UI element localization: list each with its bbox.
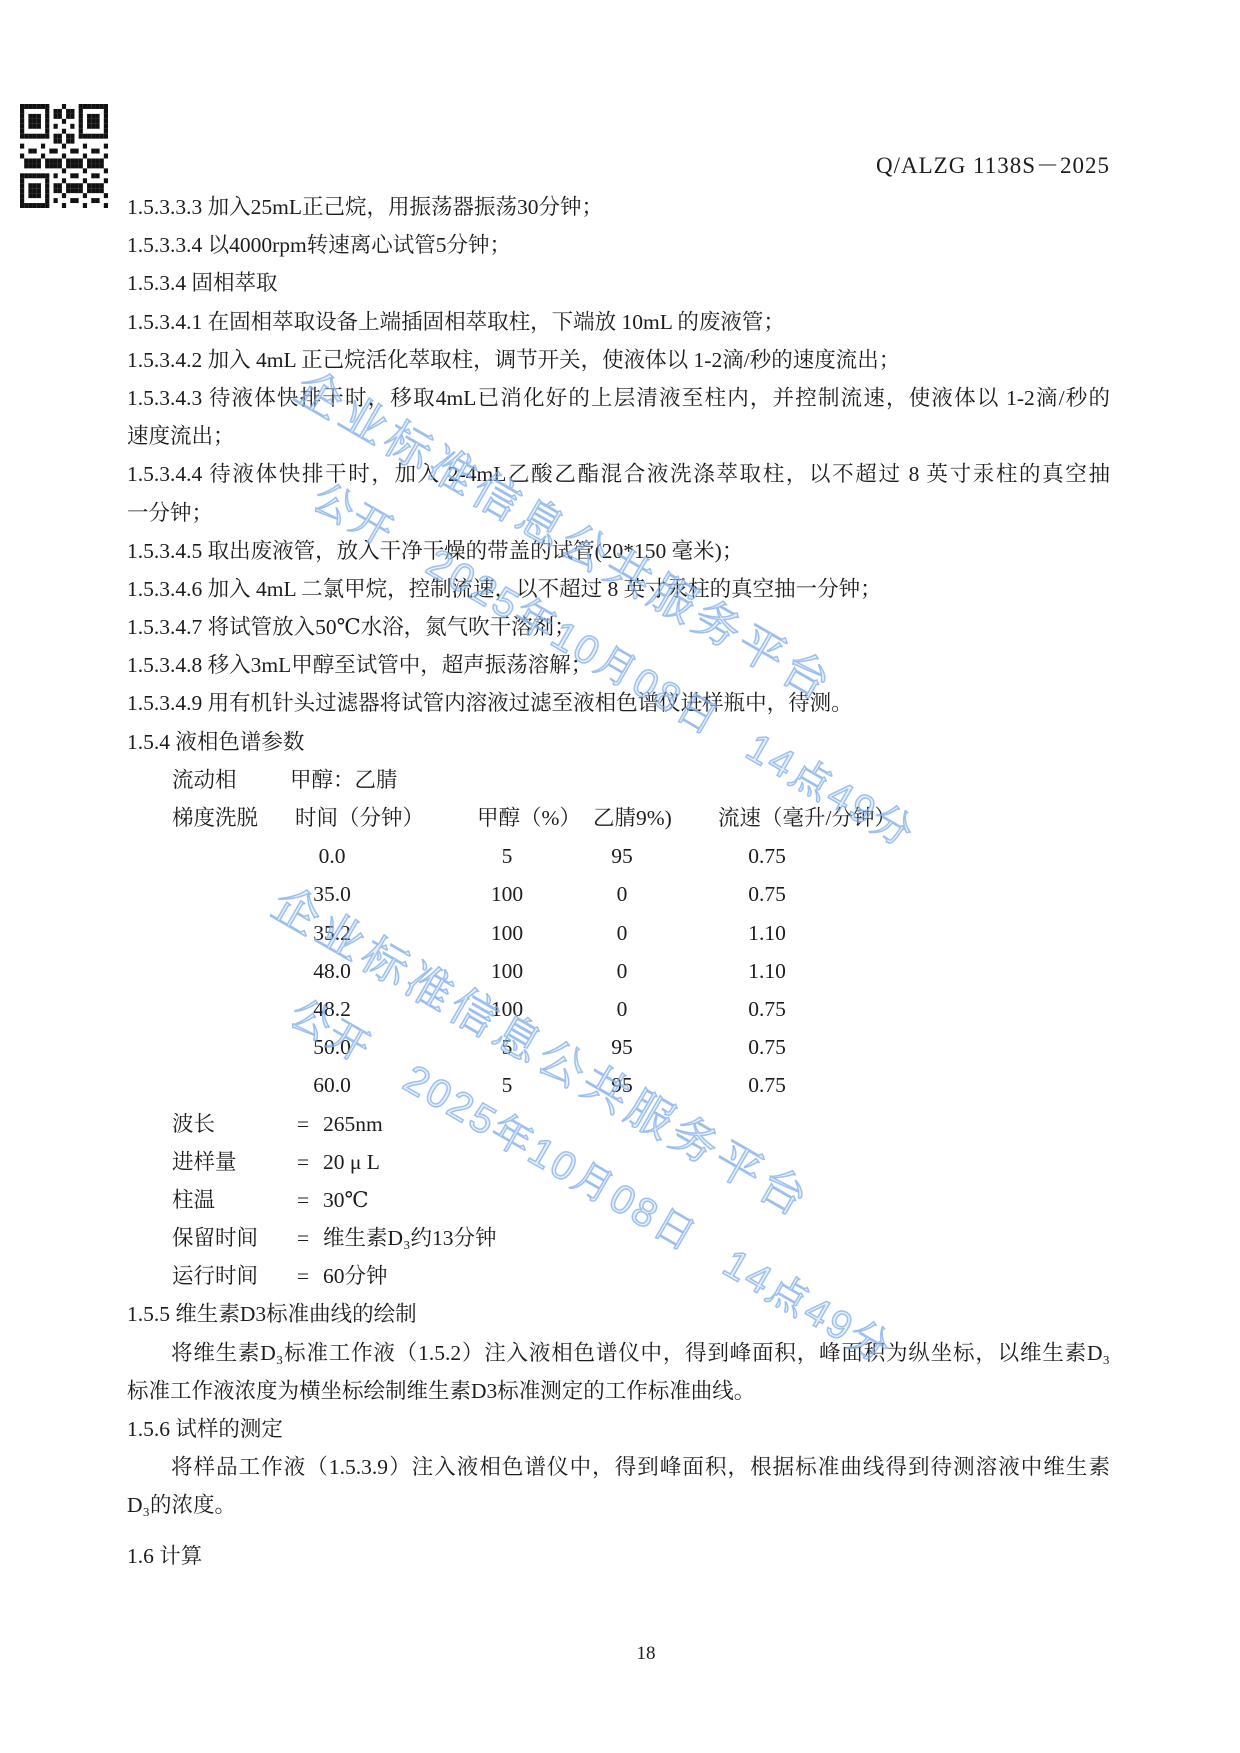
equals-sign: = [297,1219,309,1257]
param-row: 进样量 = 20 μ L [127,1143,1110,1181]
param-value: 20 μ L [323,1143,380,1181]
cell-methanol: 100 [447,952,567,990]
param-value: 265nm [323,1105,383,1143]
column-header-flowrate: 流速（毫升/分钟） [718,799,896,837]
cell-acetonitrile: 95 [562,1028,682,1066]
cell-time: 48.2 [272,990,392,1028]
doc-line: 一分钟； [127,494,1110,532]
cell-time: 50.0 [272,1028,392,1066]
cell-flowrate: 0.75 [697,837,837,875]
table-row: 0.0 5 95 0.75 [127,837,1110,875]
equals-sign: = [297,1257,309,1295]
document-code: Q/ALZG 1138S－2025 [876,147,1110,180]
cell-acetonitrile: 95 [562,837,682,875]
cell-acetonitrile: 0 [562,875,682,913]
cell-time: 48.0 [272,952,392,990]
cell-flowrate: 1.10 [697,952,837,990]
table-row: 60.0 5 95 0.75 [127,1066,1110,1104]
column-header-acetonitrile: 乙腈9%) [593,799,672,837]
doc-line: 1.5.3.4.4 待液体快排干时，加入 2-4mL乙酸乙酯混合液洗涤萃取柱，以… [127,455,1110,493]
gradient-label: 梯度洗脱 [172,799,258,837]
cell-time: 35.2 [272,914,392,952]
doc-line: 1.5.3.4.3 待液体快排干时，移取4mL已消化好的上层清液至柱内，并控制流… [127,379,1110,417]
cell-flowrate: 0.75 [697,1066,837,1104]
param-row: 柱温 = 30℃ [127,1181,1110,1219]
doc-line: 1.5.3.4.2 加入 4mL 正己烷活化萃取柱，调节开关，使液体以 1-2滴… [127,341,1110,379]
doc-line: 1.5.3.4.7 将试管放入50℃水浴，氮气吹干溶剂； [127,608,1110,646]
paragraph-line: D₃的浓度。 [127,1486,1110,1524]
cell-methanol: 100 [447,875,567,913]
section-heading: 1.5.4 液相色谱参数 [127,723,1110,761]
param-label: 运行时间 [172,1257,258,1295]
doc-line: 速度流出； [127,417,1110,455]
cell-flowrate: 0.75 [697,875,837,913]
doc-line: 1.5.3.4.1 在固相萃取设备上端插固相萃取柱，下端放 10mL 的废液管； [127,303,1110,341]
param-value: 甲醇：乙腈 [290,761,398,799]
gradient-table-header: 梯度洗脱 时间（分钟） 甲醇（%） 乙腈9%) 流速（毫升/分钟） [127,799,1110,837]
cell-flowrate: 1.10 [697,914,837,952]
section-heading: 1.5.3.4 固相萃取 [127,264,1110,302]
cell-acetonitrile: 0 [562,990,682,1028]
param-row: 运行时间 = 60分钟 [127,1257,1110,1295]
cell-methanol: 5 [447,1066,567,1104]
cell-acetonitrile: 95 [562,1066,682,1104]
param-value: 30℃ [323,1181,369,1219]
param-label: 流动相 [172,761,237,799]
param-label: 柱温 [172,1181,215,1219]
page-number: 18 [26,1643,1240,1665]
table-row: 35.0 100 0 0.75 [127,875,1110,913]
doc-line: 1.5.3.4.8 移入3mL甲醇至试管中，超声振荡溶解； [127,646,1110,684]
document-body: 1.5.3.3.3 加入25mL正己烷，用振荡器振荡30分钟； 1.5.3.3.… [127,188,1110,1575]
doc-line: 1.5.3.4.6 加入 4mL 二氯甲烷，控制流速，以不超过 8 英寸汞柱的真… [127,570,1110,608]
equals-sign: = [297,1181,309,1219]
cell-time: 0.0 [272,837,392,875]
table-row: 48.2 100 0 0.75 [127,990,1110,1028]
doc-line: 1.5.3.3.3 加入25mL正己烷，用振荡器振荡30分钟； [127,188,1110,226]
cell-methanol: 5 [447,837,567,875]
cell-methanol: 5 [447,1028,567,1066]
param-label: 保留时间 [172,1219,258,1257]
cell-time: 60.0 [272,1066,392,1104]
section-heading: 1.6 计算 [127,1537,1110,1575]
qr-code [20,104,108,208]
paragraph-line: 标准工作液浓度为横坐标绘制维生素D3标准测定的工作标准曲线。 [127,1372,1110,1410]
paragraph-line: 将维生素D₃标准工作液（1.5.2）注入液相色谱仪中，得到峰面积，峰面积为纵坐标… [127,1334,1110,1372]
cell-acetonitrile: 0 [562,952,682,990]
table-row: 48.0 100 0 1.10 [127,952,1110,990]
cell-methanol: 100 [447,914,567,952]
param-row: 保留时间 = 维生素D₃约13分钟 [127,1219,1110,1257]
section-heading: 1.5.6 试样的测定 [127,1410,1110,1448]
equals-sign: = [297,1143,309,1181]
param-value: 60分钟 [323,1257,388,1295]
cell-acetonitrile: 0 [562,914,682,952]
param-row: 波长 = 265nm [127,1105,1110,1143]
section-heading: 1.5.5 维生素D3标准曲线的绘制 [127,1295,1110,1333]
qr-code-image [20,104,108,208]
table-row: 35.2 100 0 1.10 [127,914,1110,952]
equals-sign: = [297,1105,309,1143]
cell-flowrate: 0.75 [697,1028,837,1066]
param-value: 维生素D₃约13分钟 [323,1219,497,1257]
column-header-methanol: 甲醇（%） [477,799,581,837]
paragraph-line: 将样品工作液（1.5.3.9）注入液相色谱仪中，得到峰面积，根据标准曲线得到待测… [127,1448,1110,1486]
doc-line: 1.5.3.4.5 取出废液管，放入干净干燥的带盖的试管(20*150 毫米)； [127,532,1110,570]
doc-line: 1.5.3.3.4 以4000rpm转速离心试管5分钟； [127,226,1110,264]
column-header-time: 时间（分钟） [295,799,424,837]
cell-flowrate: 0.75 [697,990,837,1028]
cell-time: 35.0 [272,875,392,913]
param-label: 进样量 [172,1143,237,1181]
mobile-phase-row: 流动相 甲醇：乙腈 [127,761,1110,799]
document-page: Q/ALZG 1138S－2025 1.5.3.3.3 加入25mL正己烷，用振… [0,0,1240,1753]
cell-methanol: 100 [447,990,567,1028]
doc-line: 1.5.3.4.9 用有机针头过滤器将试管内溶液过滤至液相色谱仪进样瓶中，待测。 [127,684,1110,722]
table-row: 50.0 5 95 0.75 [127,1028,1110,1066]
param-label: 波长 [172,1105,215,1143]
